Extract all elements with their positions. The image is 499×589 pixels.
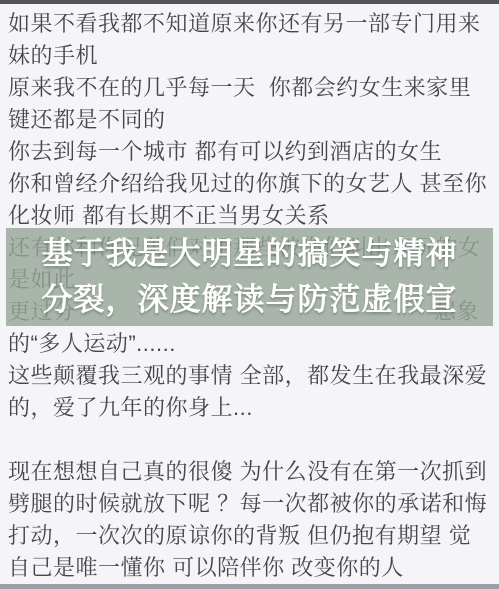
text-line: 键还都是不同的: [8, 104, 493, 136]
text-line: 你和曾经介绍给我见过的你旗下的女艺人 甚至你的: [8, 168, 493, 200]
text-line: 妹的手机: [8, 40, 493, 72]
text-line: 这些颠覆我三观的事情 全部，都发生在我最深爱: [8, 360, 493, 392]
text-line: 你去到每一个城市 都有可以约到酒店的女生: [8, 136, 493, 168]
headline-line-1: 基于我是大明星的搞笑与精神: [42, 231, 458, 277]
text-line: 打动，一次次的原谅你的背叛 但仍抱有期望 觉得: [8, 520, 493, 552]
text-line: 如果不看我都不知道原来你还有另一部专门用来聊: [8, 8, 493, 40]
text-line: 自己是唯一懂你 可以陪伴你 改变你的人: [8, 552, 493, 584]
cropped-text-bottom-strip: [0, 584, 499, 589]
headline-line-2: 分裂，深度解读与防范虚假宣: [42, 277, 458, 323]
text-screenshot: 如果不看我都不知道原来你还有另一部专门用来聊妹的手机原来我不在的几乎每一天 你都…: [0, 0, 499, 589]
text-line: 劈腿的时候就放下呢 ？每一次都被你的承诺和悔过: [8, 488, 493, 520]
cropped-text-top-strip: [0, 0, 499, 4]
text-line: 的，爱了九年的你身上...: [8, 392, 493, 424]
headline-overlay-band: 基于我是大明星的搞笑与精神 分裂，深度解读与防范虚假宣: [6, 228, 493, 326]
text-line: 的“多人运动”......: [8, 328, 493, 360]
blank-line: [8, 424, 493, 456]
text-line: 原来我不在的几乎每一天 你都会约女生来家里 关: [8, 72, 493, 104]
text-line: 现在想想自己真的很傻 为什么没有在第一次抓到你: [8, 456, 493, 488]
